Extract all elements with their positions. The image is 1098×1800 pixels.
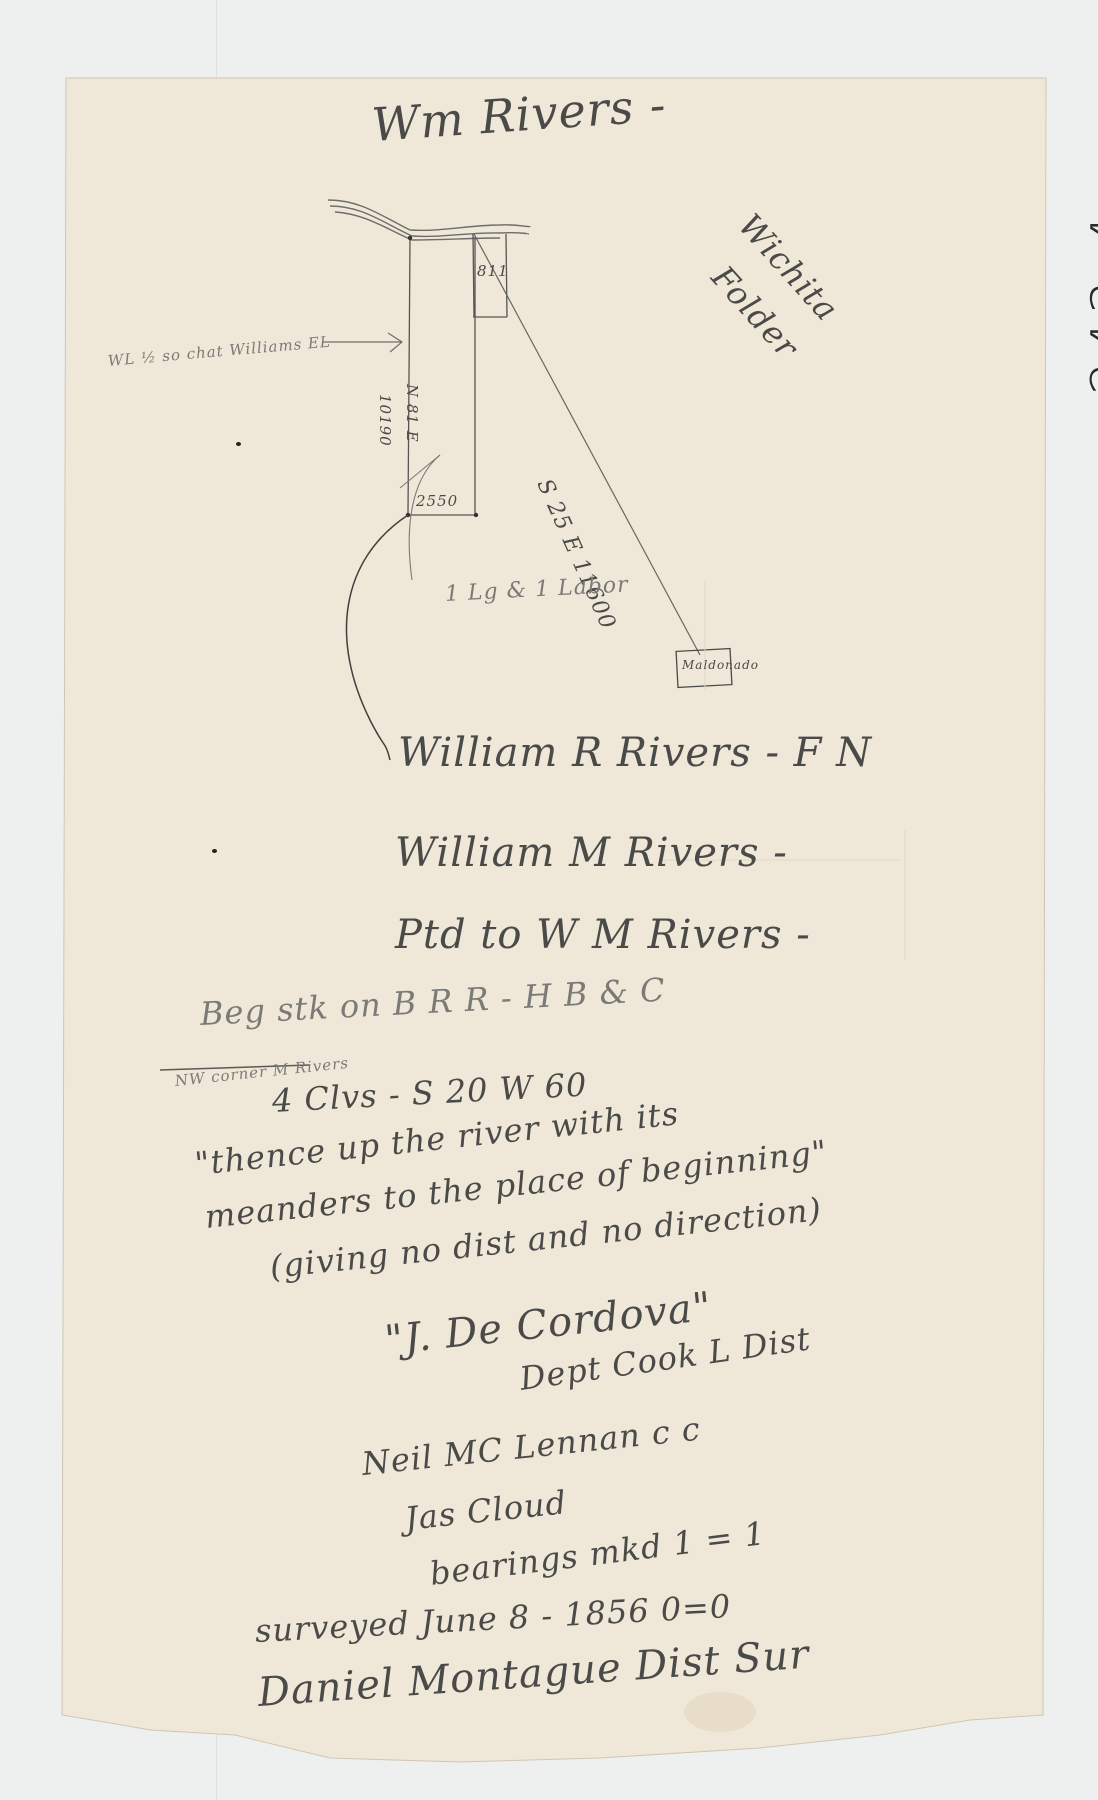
document-sheet: 243-4 Wm Rivers - Wichita Folder WL ½ so… [0, 0, 1098, 1800]
reference-number: 243-4 [1080, 208, 1098, 395]
body-line-3: Ptd to W M Rivers - [395, 912, 811, 958]
ink-speck [212, 849, 217, 853]
body-line-2: William M Rivers - [395, 830, 788, 876]
adjoining-survey-label: Maldonado [682, 658, 759, 672]
base-width-label: 2550 [416, 492, 458, 510]
corner-marker [474, 513, 478, 517]
corner-marker [408, 236, 412, 240]
ink-speck [236, 442, 241, 446]
tract-bearing-label: N 81 E [403, 384, 421, 443]
small-tract-label: 811 [477, 262, 509, 280]
paper-and-sketch [0, 0, 1098, 1800]
body-line-1: William R Rivers - F N [398, 730, 872, 776]
tract-length-label: 10190 [376, 394, 394, 447]
paper-stain [684, 1692, 756, 1732]
